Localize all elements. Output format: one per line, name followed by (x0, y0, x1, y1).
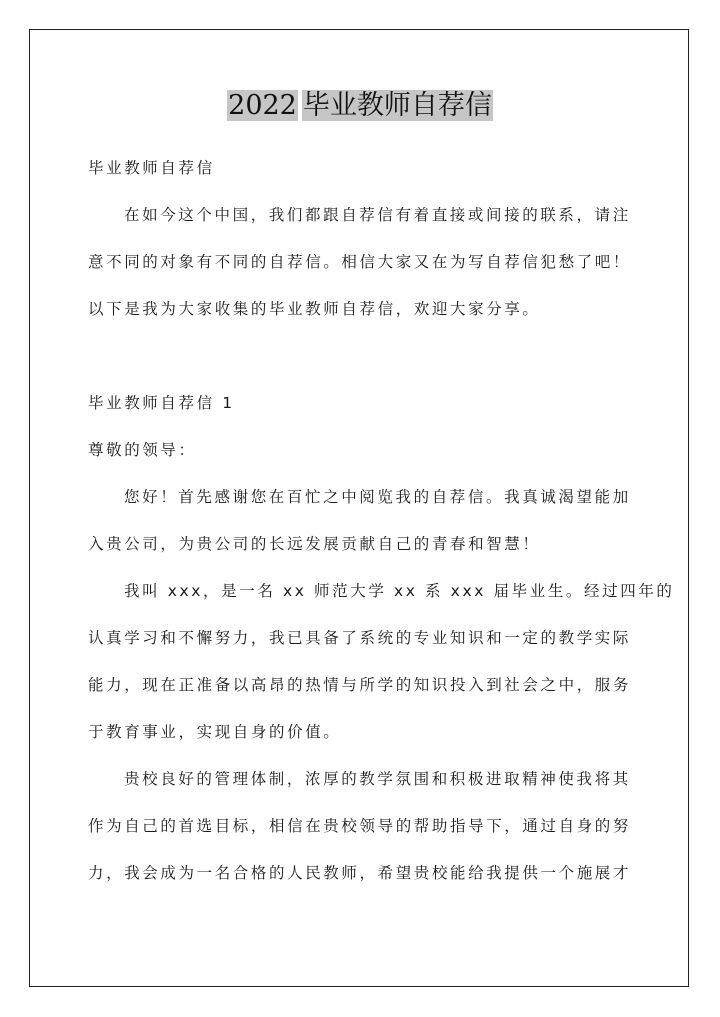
paragraph-line: 以下是我为大家收集的毕业教师自荐信，欢迎大家分享。 (88, 296, 636, 343)
title-year: 2022 (227, 90, 298, 121)
paragraph-line: 作为自己的首选目标，相信在贵校领导的帮助指导下，通过自身的努 (88, 813, 636, 860)
paragraph-line: 贵校良好的管理体制，浓厚的教学氛围和积极进取精神使我将其 (88, 766, 636, 813)
paragraph-line: 意不同的对象有不同的自荐信。相信大家又在为写自荐信犯愁了吧！ (88, 249, 636, 296)
paragraph-line: 我叫 xxx，是一名 xx 师范大学 xx 系 xxx 届毕业生。经过四年的 (88, 578, 636, 625)
title-text: 毕业教师自荐信 (302, 90, 493, 121)
section-heading: 毕业教师自荐信 1 (88, 390, 636, 437)
document-title: 2022毕业教师自荐信 (0, 88, 720, 124)
paragraph-line: 您好！首先感谢您在百忙之中阅览我的自荐信。我真诚渴望能加 (88, 484, 636, 531)
paragraph-line: 在如今这个中国，我们都跟自荐信有着直接或间接的联系，请注 (88, 202, 636, 249)
paragraph-line: 力，我会成为一名合格的人民教师，希望贵校能给我提供一个施展才 (88, 860, 636, 907)
paragraph-line: 认真学习和不懈努力，我已具备了系统的专业知识和一定的教学实际 (88, 625, 636, 672)
paragraph-line: 入贵公司，为贵公司的长远发展贡献自己的青春和智慧！ (88, 531, 636, 578)
subtitle: 毕业教师自荐信 (88, 155, 636, 202)
blank-line (88, 343, 636, 390)
document-body: 毕业教师自荐信 在如今这个中国，我们都跟自荐信有着直接或间接的联系，请注 意不同… (88, 155, 636, 907)
paragraph-line: 于教育事业，实现自身的价值。 (88, 719, 636, 766)
salutation: 尊敬的领导： (88, 437, 636, 484)
paragraph-line: 能力，现在正准备以高昂的热情与所学的知识投入到社会之中，服务 (88, 672, 636, 719)
